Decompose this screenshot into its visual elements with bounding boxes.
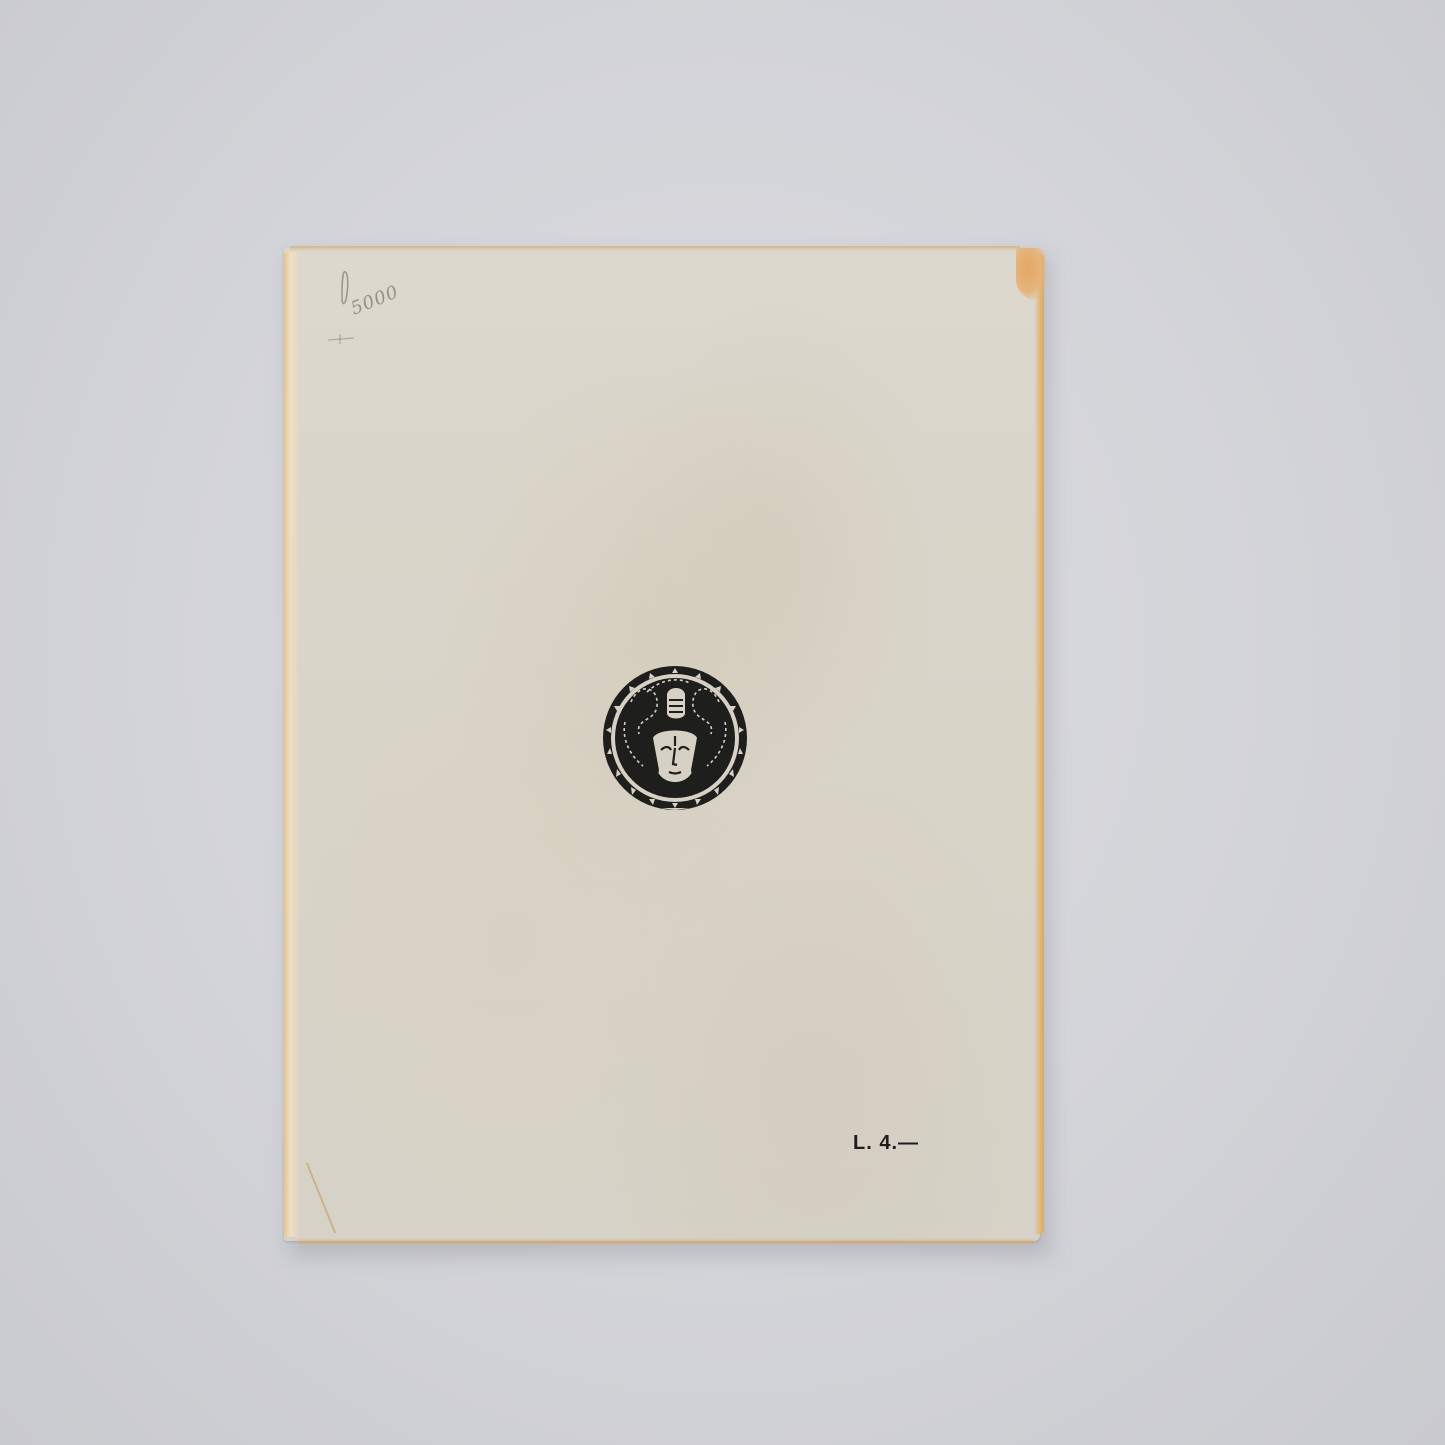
- book-back-cover: 5000: [284, 248, 1040, 1241]
- top-edge: [290, 246, 1020, 251]
- corner-crease: [306, 1163, 376, 1233]
- bottom-edge: [298, 1238, 1034, 1244]
- right-edge-stain: [1034, 254, 1044, 1234]
- spine-edge: [284, 252, 300, 1237]
- worn-corner: [1016, 248, 1046, 300]
- price-label: L. 4.—: [853, 1132, 919, 1155]
- medusa-head-emblem-icon: [599, 662, 751, 814]
